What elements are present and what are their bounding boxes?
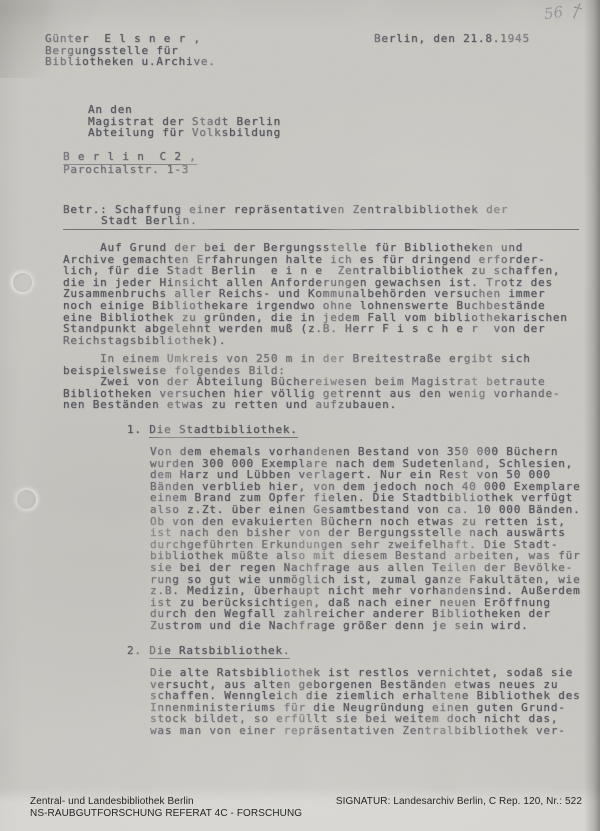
recipient-address: An den Magistrat der Stadt Berlin Abteil… bbox=[88, 104, 281, 139]
recipient-city: B e r l i n C 2 , bbox=[63, 151, 197, 163]
section-1-body: Von dem ehemals vorhandenen Bestand von … bbox=[150, 446, 581, 632]
footer-left: Zentral- und Landesbibliothek Berlin NS-… bbox=[30, 796, 302, 820]
section-1-title: Die Stadtbibliothek. bbox=[149, 423, 297, 438]
punch-hole-bottom bbox=[17, 490, 36, 509]
section-2-title: Die Ratsbibliothek. bbox=[149, 644, 290, 659]
archive-footer: Zentral- und Landesbibliothek Berlin NS-… bbox=[0, 796, 600, 820]
footer-signature: SIGNATUR: Landesarchiv Berlin, C Rep. 12… bbox=[336, 796, 582, 808]
section-2-body: Die alte Ratsbibliothek ist restlos vern… bbox=[150, 667, 581, 737]
body-paragraph-1: Auf Grund der bei der Bergungsstelle für… bbox=[63, 242, 568, 346]
recipient-street: Parochialstr. 1-3 bbox=[63, 164, 189, 176]
body-paragraph-2: In einem Umkreis von 250 m in der Breite… bbox=[63, 353, 560, 411]
section-2-heading: 2. Die Ratsbibliothek. bbox=[127, 645, 290, 657]
section-1-number: 1. bbox=[127, 423, 149, 436]
scanned-letter-page: 56 † Günter E l s n e r , Bergungsstelle… bbox=[0, 0, 600, 831]
date-line: Berlin, den 21.8.1945 bbox=[374, 33, 530, 45]
sender-address: Günter E l s n e r , Bergungsstelle für … bbox=[45, 33, 216, 68]
subject-line-2: Stadt Berlin. bbox=[63, 215, 579, 230]
scan-edge-shadow bbox=[584, 0, 600, 831]
punch-hole-top bbox=[13, 273, 32, 292]
handwritten-page-number: 56 bbox=[543, 3, 564, 23]
footer-department: NS-RAUBGUTFORSCHUNG REFERAT 4C - FORSCHU… bbox=[30, 808, 302, 820]
handwritten-pencil-mark: † bbox=[570, 0, 584, 23]
section-2-number: 2. bbox=[127, 644, 149, 657]
footer-institution: Zentral- und Landesbibliothek Berlin bbox=[30, 796, 302, 808]
section-1-heading: 1. Die Stadtbibliothek. bbox=[127, 424, 298, 436]
